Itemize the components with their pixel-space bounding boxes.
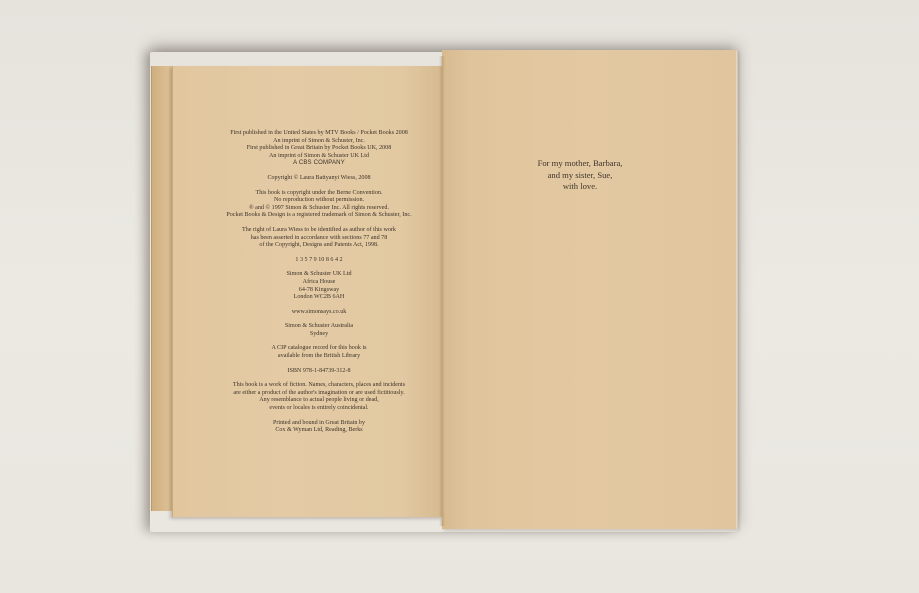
moral-rights-block: The right of Laura Wiess to be identifie… [205,227,433,250]
isbn: ISBN 978-1-84739-312-8 [205,368,433,376]
text-line: First published in Great Britain by Pock… [205,145,433,153]
text-line: and my sister, Sue, [500,170,660,182]
printer-info: Printed and bound in Great Britain by Co… [205,420,433,435]
dedication-text: For my mother, Barbara, and my sister, S… [500,158,660,193]
copyright-notice: Copyright © Laura Battyanyi Wiess, 2008 [205,175,433,183]
printer-key: 1 3 5 7 9 10 8 6 4 2 [205,257,433,265]
publisher-address: Simon & Schuster UK Ltd Africa House 64-… [205,271,433,301]
rights-block: This book is copyright under the Berne C… [205,190,433,220]
text-line: London WC2B 6AH [205,294,433,302]
cip-record: A CIP catalogue record for this book is … [205,345,433,360]
right-page [442,50,737,529]
publisher-website: www.simonsays.co.uk [205,309,433,317]
australia-office: Simon & Schuster Australia Sydney [205,323,433,338]
text-line: 64-78 Kingsway [205,287,433,295]
text-line: of the Copyright, Designs and Patents Ac… [205,242,433,250]
text-line: This book is a work of fiction. Names, c… [205,382,433,390]
text-line: A CIP catalogue record for this book is [205,345,433,353]
text-line: An imprint of Simon & Schuster UK Ltd [205,153,433,161]
text-line: A CBS COMPANY [205,160,433,168]
text-line: Any resemblance to actual people living … [205,397,433,405]
text-line: Africa House [205,279,433,287]
text-line: has been asserted in accordance with sec… [205,235,433,243]
text-line: Sydney [205,331,433,339]
text-line: Printed and bound in Great Britain by [205,420,433,428]
text-line: Pocket Books & Design is a registered tr… [205,212,433,220]
text-line: An imprint of Simon & Schuster, Inc. [205,138,433,146]
text-line: ISBN 978-1-84739-312-8 [205,368,433,376]
text-line: Copyright © Laura Battyanyi Wiess, 2008 [205,175,433,183]
text-line: 1 3 5 7 9 10 8 6 4 2 [205,257,433,265]
text-line: available from the British Library [205,353,433,361]
text-line: The right of Laura Wiess to be identifie… [205,227,433,235]
text-line: This book is copyright under the Berne C… [205,190,433,198]
text-line: events or locales is entirely coincident… [205,405,433,413]
text-line: with love. [500,181,660,193]
text-line: First published in the United States by … [205,130,433,138]
fiction-disclaimer: This book is a work of fiction. Names, c… [205,382,433,412]
text-line: No reproduction without permission. [205,197,433,205]
text-line: Cox & Wyman Ltd, Reading, Berks [205,427,433,435]
text-line: Simon & Schuster UK Ltd [205,271,433,279]
text-line: For my mother, Barbara, [500,158,660,170]
book-spine-gutter [439,56,445,526]
publication-block: First published in the United States by … [205,130,433,168]
text-line: are either a product of the author's ima… [205,390,433,398]
text-line: Simon & Schuster Australia [205,323,433,331]
text-line: www.simonsays.co.uk [205,309,433,317]
copyright-page-text: First published in the United States by … [205,130,433,442]
